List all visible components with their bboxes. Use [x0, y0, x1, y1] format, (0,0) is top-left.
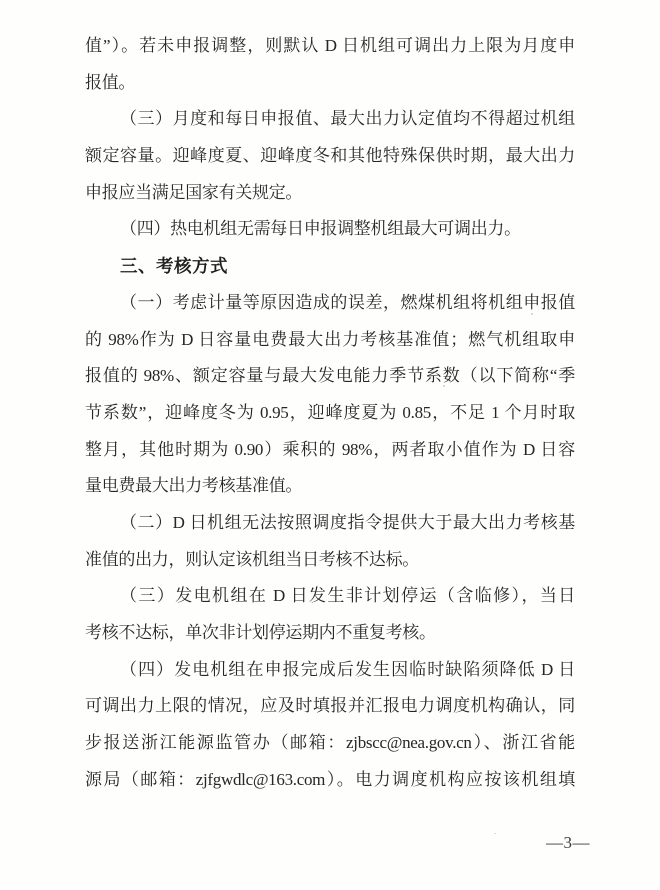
body-line: 整月，其他时期为 0.90）乘积的 98%，两者取小值作为 D 日容 [85, 432, 575, 469]
document-text-block: 值”）。若未申报调整，则默认 D 日机组可调出力上限为月度申 报值。 （三）月度… [85, 28, 575, 798]
body-line: 可调出力上限的情况，应及时填报并汇报电力调度机构确认，同 [85, 688, 575, 725]
body-line: （四）热电机组无需每日申报调整机组最大可调出力。 [85, 211, 575, 248]
page-number: —3— [546, 833, 590, 853]
body-line: 报值的 98%、额定容量与最大发电能力季节系数（以下简称“季 [85, 358, 575, 395]
body-line: （二）D 日机组无法按照调度指令提供大于最大出力考核基 [85, 505, 575, 542]
body-line: 考核不达标，单次非计划停运期内不重复考核。 [85, 615, 575, 652]
body-line: （一）考虑计量等原因造成的误差，燃煤机组将机组申报值 [85, 285, 575, 322]
section-heading: 三、考核方式 [85, 248, 575, 285]
body-line: 值”）。若未申报调整，则默认 D 日机组可调出力上限为月度申 [85, 28, 575, 65]
body-line: 步报送浙江能源监管办（邮箱：zjbscc@nea.gov.cn）、浙江省能 [85, 725, 575, 762]
scan-speck [443, 385, 445, 387]
scan-speck [531, 313, 533, 315]
body-line: （四）发电机组在申报完成后发生因临时缺陷须降低 D 日 [85, 652, 575, 689]
body-line: 源局（邮箱：zjfgwdlc@163.com）。电力调度机构应按该机组填 [85, 762, 575, 799]
body-line: 申报应当满足国家有关规定。 [85, 175, 575, 212]
scan-speck [494, 833, 496, 834]
body-line: 准值的出力，则认定该机组当日考核不达标。 [85, 542, 575, 579]
body-line: 的 98%作为 D 日容量电费最大出力考核基准值；燃气机组取申 [85, 322, 575, 359]
body-line: 量电费最大出力考核基准值。 [85, 468, 575, 505]
body-line: 额定容量。迎峰度夏、迎峰度冬和其他特殊保供时期，最大出力 [85, 138, 575, 175]
body-line: （三）发电机组在 D 日发生非计划停运（含临修），当日 [85, 578, 575, 615]
body-line: 节系数”，迎峰度冬为 0.95，迎峰度夏为 0.85，不足 1 个月时取 [85, 395, 575, 432]
body-line: （三）月度和每日申报值、最大出力认定值均不得超过机组 [85, 101, 575, 138]
document-page: 值”）。若未申报调整，则默认 D 日机组可调出力上限为月度申 报值。 （三）月度… [0, 0, 660, 890]
body-line: 报值。 [85, 65, 575, 102]
